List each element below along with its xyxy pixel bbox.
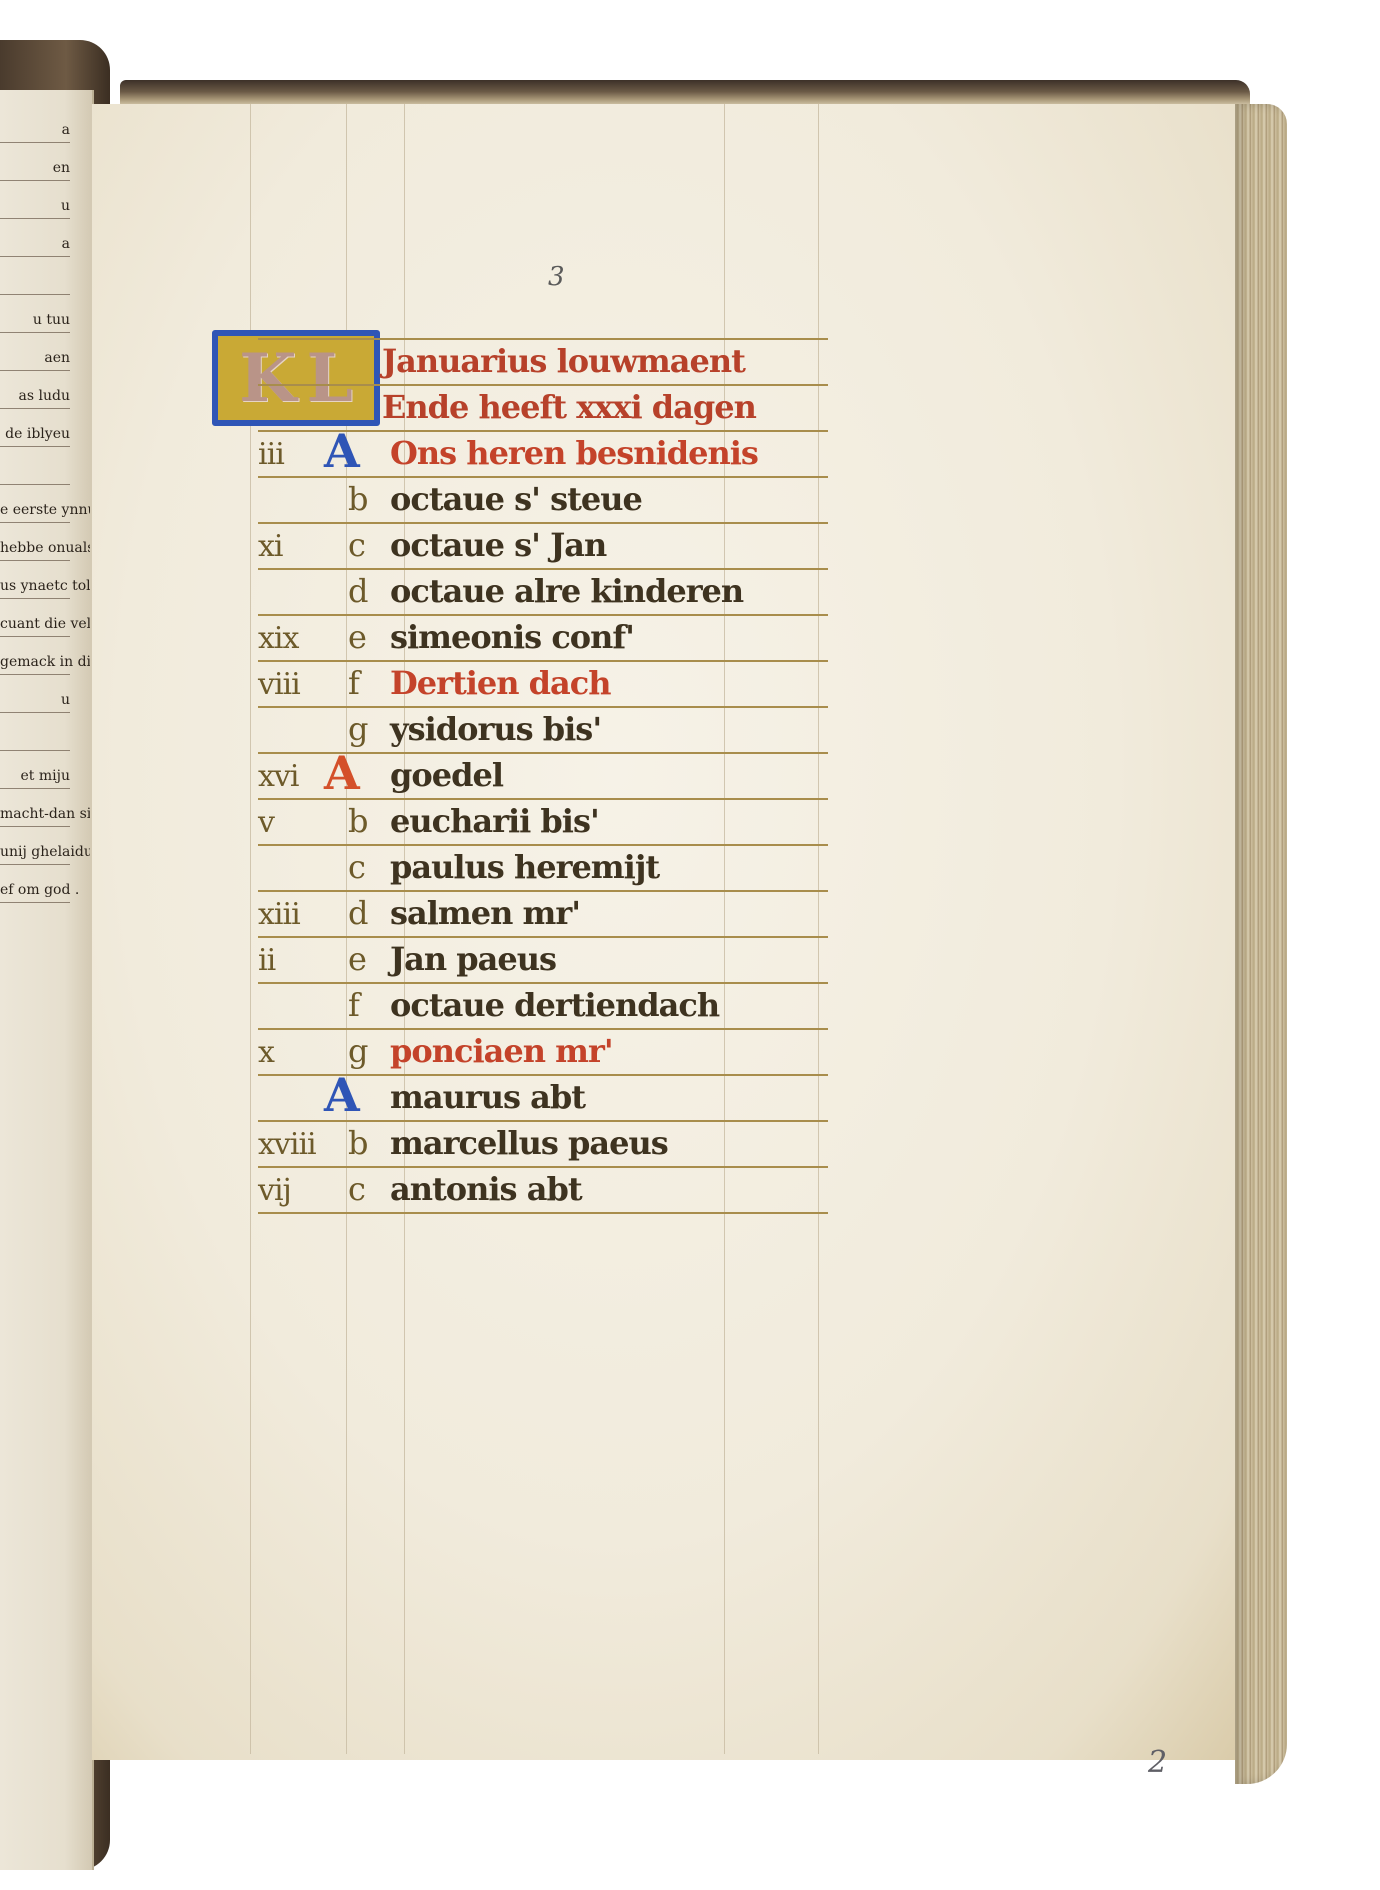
show-through-verso [700,380,860,1060]
left-page-ruling [0,256,70,257]
left-page-text: gemack in die [0,654,90,670]
left-page-ruling [0,522,70,523]
left-page-ruling [0,446,70,447]
left-page-ruling [0,294,70,295]
left-page-ruling [0,484,70,485]
left-page-ruling [0,332,70,333]
feast-rubric: ponciaen mr' [390,1032,613,1070]
dominical-letter: b [348,480,378,518]
left-page-text: u [0,198,90,214]
fore-edge [1235,104,1287,1784]
feast-name: maurus abt [390,1078,585,1116]
left-page-ruling [0,408,70,409]
feast-name: antonis abt [390,1170,582,1208]
left-page-ruling [0,902,70,903]
feast-name: octaue s' steue [390,480,642,518]
golden-number: xix [258,621,328,656]
feast-rubric: Dertien dach [390,664,611,702]
feast-name: eucharii bis' [390,802,599,840]
folio-number-top: 3 [548,262,565,292]
left-page-ruling [0,788,70,789]
dominical-letter: e [348,940,378,978]
golden-number: xi [258,529,328,564]
golden-number: xvi [258,759,328,794]
golden-number: x [258,1035,328,1070]
dominical-letter: f [348,664,378,702]
dominical-letter: d [348,572,378,610]
dominical-letter: c [348,848,378,886]
left-page-ruling [0,598,70,599]
dominical-letter: d [348,894,378,932]
left-page-text: a [0,122,90,138]
feast-name: octaue s' Jan [390,526,606,564]
golden-number: xviii [258,1127,328,1162]
left-page-text: de iblyeu [0,426,90,442]
feast-name: octaue dertiendach [390,986,719,1024]
left-page-ruling [0,826,70,827]
golden-number: viii [258,667,328,702]
feast-name: marcellus paeus [390,1124,668,1162]
left-page-ruling [0,180,70,181]
left-page-ruling [0,712,70,713]
left-page-ruling [0,142,70,143]
feast-name: paulus heremijt [390,848,659,886]
left-page-text: a [0,236,90,252]
left-page-text: e eerste ynnuu [0,502,90,518]
left-page-ruling [0,674,70,675]
feast-name: ysidorus bis' [390,710,601,748]
left-page-ruling [0,864,70,865]
dominical-letter-initial: A [324,1072,360,1118]
left-page-text: ef om god . [0,882,90,898]
left-page-text: aen [0,350,90,366]
left-page-text: u tuu [0,312,90,328]
left-page-ruling [0,636,70,637]
left-page-text: cuant die vele [0,616,90,632]
dominical-letter: c [348,1170,378,1208]
calendar-row: xviiibmarcellus paeus [258,1122,828,1168]
golden-number: v [258,805,328,840]
dominical-letter: f [348,986,378,1024]
month-heading: Januarius louwmaent [382,342,745,380]
book-top-edge [120,80,1250,106]
calendar-heading-row: Januarius louwmaent [258,338,828,386]
dominical-letter: b [348,802,378,840]
left-page-ruling [0,750,70,751]
dominical-letter: g [348,1032,378,1070]
left-page-text: hebbe onuals [0,540,90,556]
calendar-row: vijcantonis abt [258,1168,828,1214]
golden-number: ii [258,943,328,978]
left-page-ruling [0,370,70,371]
left-page-text: unij ghelaidu [0,844,90,860]
dominical-letter: b [348,1124,378,1162]
golden-number: xiii [258,897,328,932]
left-page-text: as ludu [0,388,90,404]
feast-name: salmen mr' [390,894,580,932]
dominical-letter: c [348,526,378,564]
dominical-letter-initial: A [324,750,360,796]
dominical-letter: g [348,710,378,748]
left-page-text: en [0,160,90,176]
golden-number: iii [258,437,328,472]
left-page-text: us ynaetc tolter [0,578,90,594]
dominical-letter-initial: A [324,428,360,474]
left-page-ruling [0,560,70,561]
calendar-row: Amaurus abt [258,1076,828,1122]
feast-name: simeonis conf' [390,618,634,656]
feast-name: Jan paeus [390,940,556,978]
left-page-text: macht-dan si [0,806,90,822]
left-page-fragment: aenuau tuuaenas ludude iblyeue eerste yn… [0,90,94,1870]
dominical-letter: e [348,618,378,656]
left-page-text: et miju [0,768,90,784]
left-page-text: u [0,692,90,708]
left-page-ruling [0,218,70,219]
folio-number-bottom: 2 [1148,1745,1167,1780]
golden-number: vij [258,1173,328,1208]
feast-name: goedel [390,756,503,794]
feast-name: octaue alre kinderen [390,572,743,610]
